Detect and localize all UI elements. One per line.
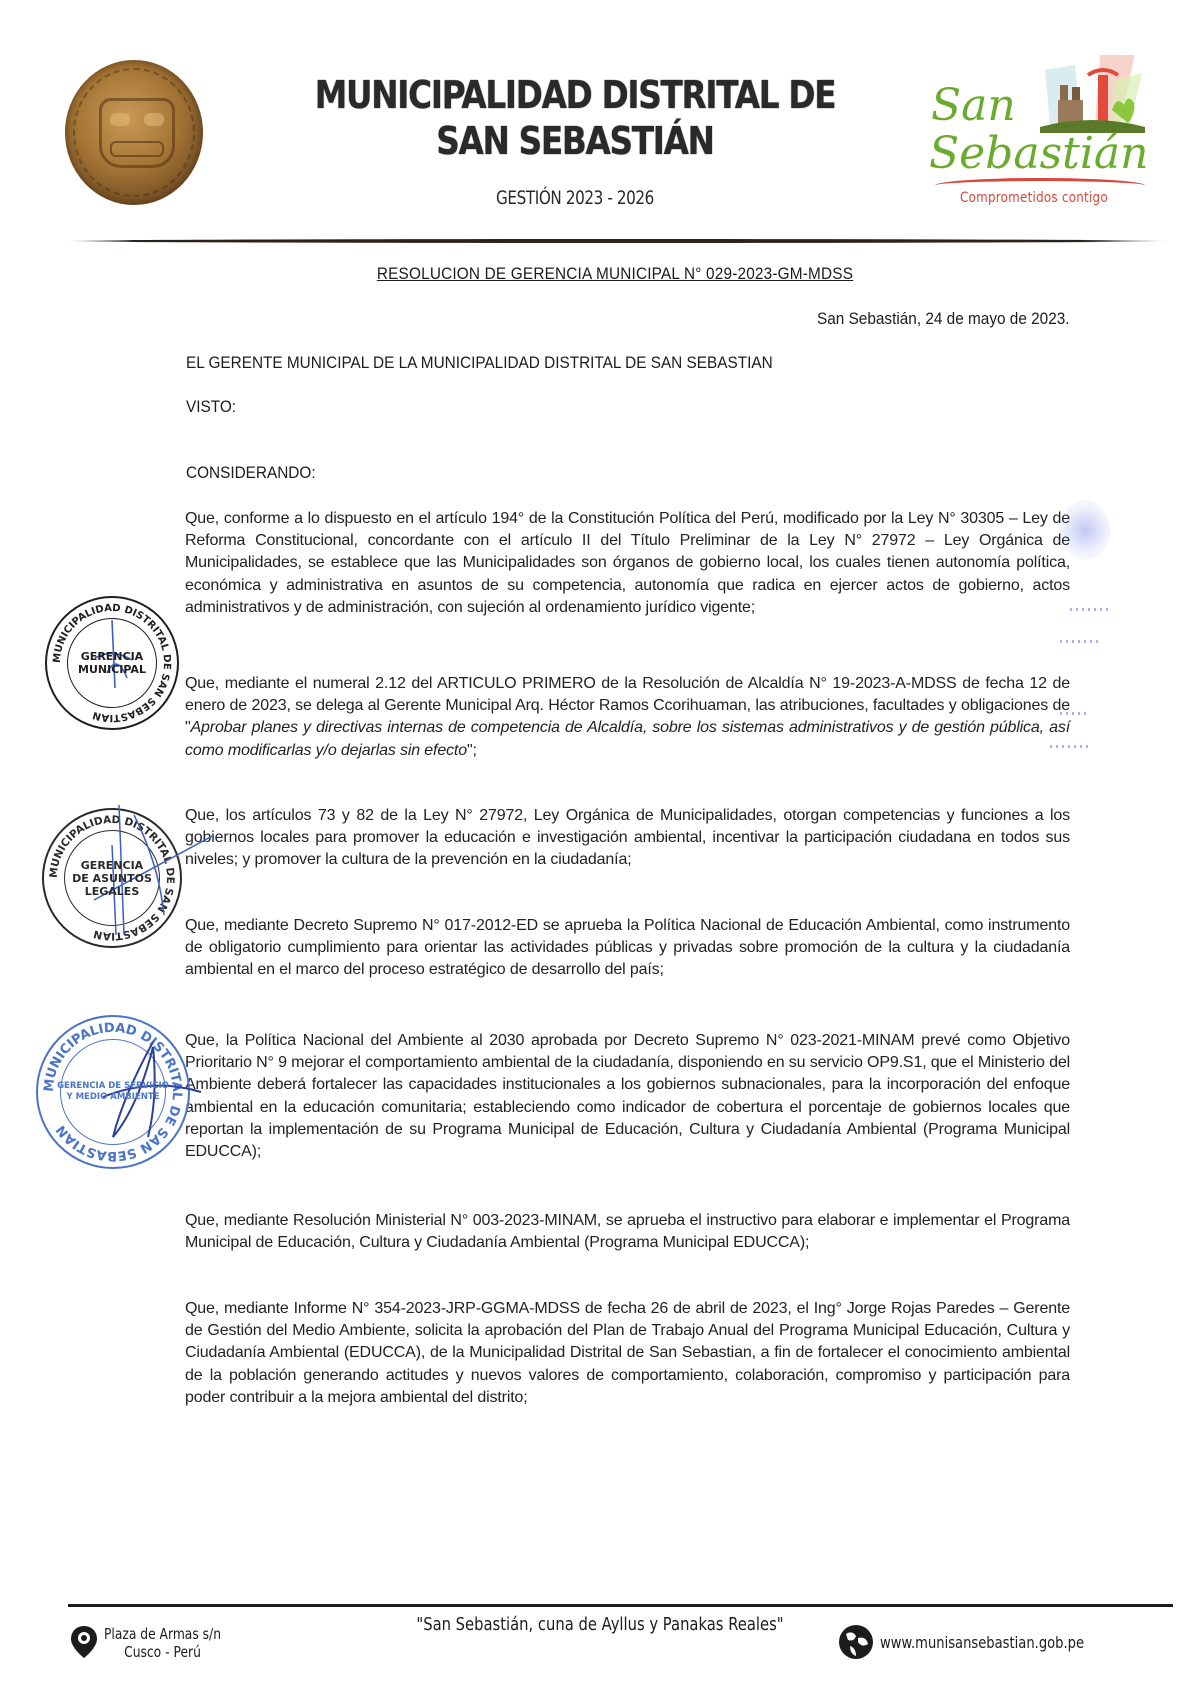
considerando-heading: CONSIDERANDO: (186, 464, 316, 483)
address-line-2: Cusco - Perú (104, 1643, 221, 1661)
considerando-paragraph-4: Que, mediante Decreto Supremo N° 017-201… (185, 915, 1070, 982)
stamp-label: GERENCIA DE SERVICIO Y MEDIO AMBIENTE (57, 1081, 169, 1103)
stamp-gerencia-asuntos-legales: MUNICIPALIDAD DISTRITAL DE SAN SEBASTIAN… (42, 808, 182, 948)
stamp-gerencia-medio-ambiente: MUNICIPALIDAD DISTRITAL DE SAN SEBASTIAN… (36, 1015, 190, 1169)
organization-title: MUNICIPALIDAD DISTRITAL DE SAN SEBASTIÁN (296, 72, 855, 164)
municipal-motto: "San Sebastián, cuna de Ayllus y Panakas… (313, 1614, 887, 1635)
administration-period: GESTIÓN 2023 - 2026 (315, 187, 835, 209)
globe-icon (838, 1624, 874, 1660)
church-and-monument-icon (1040, 55, 1145, 133)
stamp-label: GERENCIA DE ASUNTOS LEGALES (72, 859, 152, 898)
brand-word-san: San (931, 84, 1016, 128)
stamp-gerencia-municipal: MUNICIPALIDAD DISTRITAL DE SAN SEBASTIAN… (45, 596, 179, 730)
paragraph-2-closing: "; (467, 742, 477, 759)
organization-title-line2: SAN SEBASTIÁN (296, 118, 855, 164)
footer-divider (68, 1604, 1173, 1607)
considerando-paragraph-3: Que, los artículos 73 y 82 de la Ley N° … (185, 805, 1070, 872)
footer-website: www.munisansebastian.gob.pe (838, 1624, 1129, 1660)
municipal-seal-logo (65, 60, 203, 205)
seal-face (99, 98, 175, 168)
san-sebastian-brand-logo: San Sebastián Comprometidos contigo (915, 50, 1155, 220)
organization-title-line1: MUNICIPALIDAD DISTRITAL DE (296, 72, 855, 118)
website-link[interactable]: www.munisansebastian.gob.pe (880, 1633, 1084, 1652)
considerando-paragraph-7: Que, mediante Informe N° 354-2023-JRP-GG… (185, 1298, 1070, 1409)
stamp-label: GERENCIA MUNICIPAL (78, 650, 146, 676)
considerando-paragraph-5: Que, la Política Nacional del Ambiente a… (185, 1030, 1070, 1163)
considerando-paragraph-1: Que, conforme a lo dispuesto en el artíc… (185, 508, 1070, 619)
paragraph-2-quoted-text: Aprobar planes y directivas internas de … (185, 719, 1070, 758)
map-pin-icon (70, 1625, 98, 1659)
ink-trace (1060, 640, 1100, 643)
header-divider (68, 239, 1168, 243)
footer-address: Plaza de Armas s/n Cusco - Perú (70, 1625, 247, 1661)
brand-word-sebastian: Sebastián (929, 132, 1148, 176)
ink-trace (1050, 745, 1090, 748)
address-line-1: Plaza de Armas s/n (104, 1625, 221, 1643)
issuing-authority: EL GERENTE MUNICIPAL DE LA MUNICIPALIDAD… (186, 354, 773, 373)
considerando-paragraph-6: Que, mediante Resolución Ministerial N° … (185, 1210, 1070, 1254)
visto-heading: VISTO: (186, 398, 236, 417)
considerando-paragraph-2: Que, mediante el numeral 2.12 del ARTICU… (185, 673, 1070, 762)
document-date: San Sebastián, 24 de mayo de 2023. (817, 310, 1070, 329)
resolution-title: RESOLUCION DE GERENCIA MUNICIPAL N° 029-… (183, 265, 1048, 284)
brand-tagline: Comprometidos contigo (960, 190, 1108, 206)
ink-smudge (1060, 500, 1110, 560)
ink-trace (1070, 608, 1110, 611)
ink-trace (1060, 712, 1090, 715)
